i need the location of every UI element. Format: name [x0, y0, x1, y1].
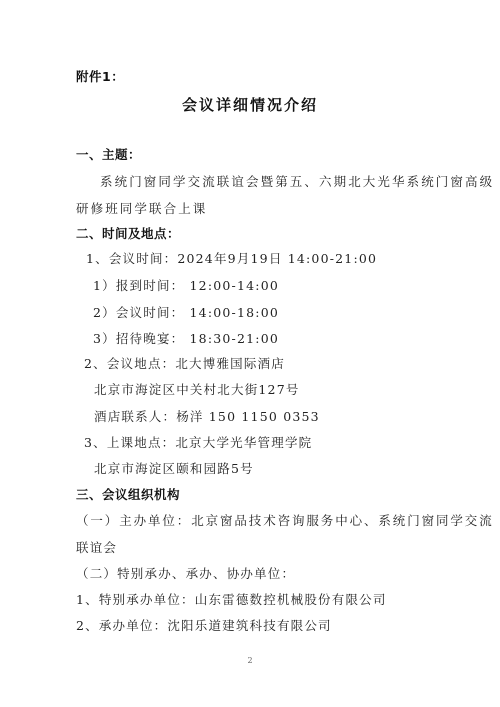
section2-heading: 二、时间及地点： [76, 226, 180, 242]
document-title: 会议详细情况介绍 [0, 94, 500, 115]
page-number: 2 [0, 656, 500, 665]
co-organizers-heading: （二）特别承办、承办、协办单位： [76, 566, 295, 582]
venue-address: 北京市海淀区中关村北大街127号 [94, 382, 300, 398]
meeting-time: 1、会议时间：2024年9月19日 14:00-21:00 [86, 251, 377, 267]
section1-body-line2: 研修班同学联合上课 [76, 201, 207, 217]
organizer: 2、承办单位：沈阳乐道建筑科技有限公司 [76, 618, 332, 634]
special-organizer: 1、特别承办单位：山东雷德数控机械股份有限公司 [76, 592, 387, 608]
document-page: 附件1： 会议详细情况介绍 一、主题： 系统门窗同学交流联谊会暨第五、六期北大光… [0, 0, 500, 707]
section1-heading: 一、主题： [76, 147, 141, 163]
section3-heading: 三、会议组织机构 [76, 487, 180, 503]
hotel-contact: 酒店联系人：杨洋 150 1150 0353 [94, 409, 320, 425]
registration-time: 1）报到时间： 12:00-14:00 [93, 278, 279, 294]
session-time: 2）会议时间： 14:00-18:00 [93, 305, 279, 321]
meeting-venue: 2、会议地点：北大博雅国际酒店 [84, 356, 285, 372]
attachment-label: 附件1： [76, 69, 124, 85]
host-line2: 联谊会 [76, 540, 117, 556]
host-line1: （一）主办单位：北京窗品技术咨询服务中心、系统门窗同学交流 [76, 513, 494, 529]
class-location: 3、上课地点：北京大学光华管理学院 [84, 435, 312, 451]
section1-body-line1: 系统门窗同学交流联谊会暨第五、六期北大光华系统门窗高级 [100, 174, 494, 190]
class-address: 北京市海淀区颐和园路5号 [94, 461, 254, 477]
banquet-time: 3）招待晚宴： 18:30-21:00 [93, 331, 279, 347]
